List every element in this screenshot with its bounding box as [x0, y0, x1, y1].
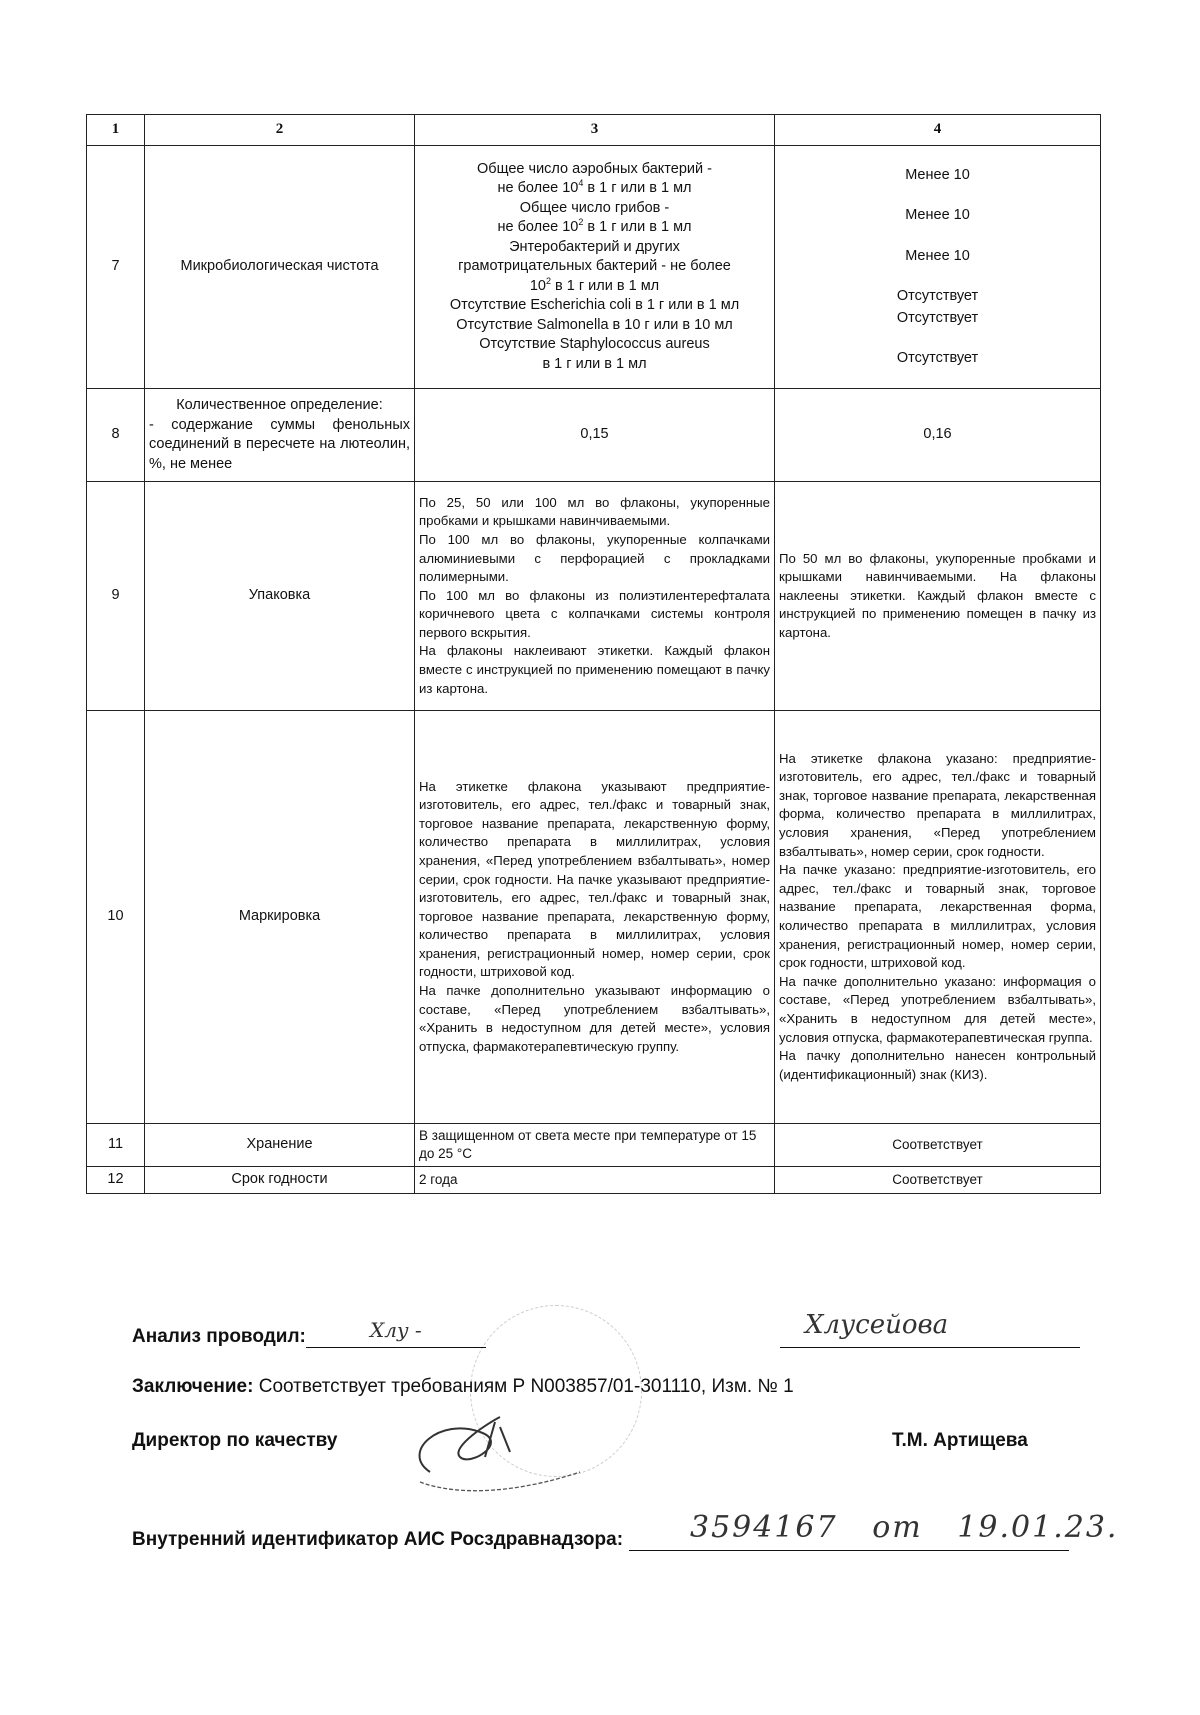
- result-line: Менее 10: [779, 247, 1096, 267]
- table-header-row: 1 2 3 4: [87, 115, 1101, 146]
- table-row: 11 Хранение В защищенном от света месте …: [87, 1124, 1101, 1167]
- req-paragraph: По 100 мл во флаконы из полиэтилентерефт…: [419, 587, 770, 643]
- req-paragraph: На пачке дополнительно указывают информа…: [419, 982, 770, 1056]
- header-col-1: 1: [87, 115, 145, 146]
- requirements-cell: По 25, 50 или 100 мл во флаконы, укупоре…: [415, 482, 775, 711]
- result-line: Менее 10: [779, 166, 1096, 186]
- req-line: Отсутствие Salmonella в 10 г или в 10 мл: [419, 316, 770, 336]
- table-row: 12 Срок годности 2 года Соответствует: [87, 1167, 1101, 1194]
- result-line: Менее 10: [779, 206, 1096, 226]
- indicator-line: Количественное определение:: [149, 396, 410, 416]
- results-cell: На этикетке флакона указано: предприятие…: [775, 711, 1101, 1124]
- req-line: Энтеробактерий и других: [419, 238, 770, 258]
- director-name: Т.М. Артищева: [892, 1430, 1028, 1451]
- row-number: 7: [87, 146, 145, 389]
- results-cell: По 50 мл во флаконы, укупоренные пробкам…: [775, 482, 1101, 711]
- table-row: 10 Маркировка На этикетке флакона указыв…: [87, 711, 1101, 1124]
- req-paragraph: По 25, 50 или 100 мл во флаконы, укупоре…: [419, 494, 770, 531]
- req-line: грамотрицательных бактерий - не более: [419, 257, 770, 277]
- results-cell: 0,16: [775, 389, 1101, 482]
- ais-value: 3594167 от 19.01.23.: [690, 1510, 1118, 1545]
- row-number: 11: [87, 1124, 145, 1167]
- req-line: не более 104 в 1 г или в 1 мл: [419, 179, 770, 199]
- row-number: 10: [87, 711, 145, 1124]
- director-line: Директор по качеству: [132, 1430, 337, 1452]
- requirements-cell: Общее число аэробных бактерий - не более…: [415, 146, 775, 389]
- header-col-2: 2: [145, 115, 415, 146]
- results-cell: Менее 10 Менее 10 Менее 10 Отсутствует О…: [775, 146, 1101, 389]
- indicator-line: - содержание суммы фенольных соединений …: [149, 416, 410, 475]
- req-line: Общее число грибов -: [419, 199, 770, 219]
- result-paragraph: На этикетке флакона указано: предприятие…: [779, 750, 1096, 862]
- row-number: 8: [87, 389, 145, 482]
- result-paragraph: На пачке указано: предприятие-изготовите…: [779, 861, 1096, 973]
- conclusion-text: Соответствует требованиям Р N003857/01-3…: [259, 1376, 794, 1397]
- indicator-cell: Количественное определение: - содержание…: [145, 389, 415, 482]
- req-line: 102 в 1 г или в 1 мл: [419, 277, 770, 297]
- header-col-4: 4: [775, 115, 1101, 146]
- indicator-cell: Хранение: [145, 1124, 415, 1167]
- indicator-cell: Микробиологическая чистота: [145, 146, 415, 389]
- req-line: Отсутствие Escherichia coli в 1 г или в …: [419, 296, 770, 316]
- director-label: Директор по качеству: [132, 1430, 337, 1451]
- director-signature-icon: [400, 1412, 600, 1502]
- requirements-cell: 2 года: [415, 1167, 775, 1194]
- result-paragraph: На пачке дополнительно указано: информац…: [779, 973, 1096, 1047]
- req-paragraph: По 100 мл во флаконы, укупоренные колпач…: [419, 531, 770, 587]
- director-name-line: Т.М. Артищева: [892, 1430, 1028, 1452]
- req-paragraph: На флаконы наклеивают этикетки. Каждый ф…: [419, 642, 770, 698]
- conclusion-label: Заключение:: [132, 1376, 253, 1397]
- table-row: 8 Количественное определение: - содержан…: [87, 389, 1101, 482]
- result-line: Отсутствует: [779, 287, 1096, 307]
- row-number: 9: [87, 482, 145, 711]
- results-cell: Соответствует: [775, 1124, 1101, 1167]
- analyst-name-signature: Хлусейова: [805, 1310, 948, 1340]
- requirements-cell: На этикетке флакона указывают предприяти…: [415, 711, 775, 1124]
- analysis-line: Анализ проводил:: [132, 1325, 486, 1348]
- ais-label: Внутренний идентификатор АИС Росздравнад…: [132, 1529, 623, 1550]
- requirements-cell: 0,15: [415, 389, 775, 482]
- result-line: Отсутствует: [779, 309, 1096, 329]
- result-line: Отсутствует: [779, 349, 1096, 369]
- req-line: не более 102 в 1 г или в 1 мл: [419, 218, 770, 238]
- header-col-3: 3: [415, 115, 775, 146]
- conclusion-line: Заключение: Соответствует требованиям Р …: [132, 1376, 794, 1398]
- table-row: 7 Микробиологическая чистота Общее число…: [87, 146, 1101, 389]
- analysis-signature: Хлу -: [370, 1318, 422, 1342]
- req-line: Отсутствие Staphylococcus aureus: [419, 335, 770, 355]
- req-line: Общее число аэробных бактерий -: [419, 160, 770, 180]
- results-cell: Соответствует: [775, 1167, 1101, 1194]
- result-paragraph: На пачку дополнительно нанесен контрольн…: [779, 1047, 1096, 1084]
- row-number: 12: [87, 1167, 145, 1194]
- requirements-cell: В защищенном от света месте при температ…: [415, 1124, 775, 1167]
- document-page: 1 2 3 4 7 Микробиологическая чистота Общ…: [0, 0, 1200, 1715]
- analysis-label: Анализ проводил:: [132, 1326, 306, 1347]
- req-line: в 1 г или в 1 мл: [419, 355, 770, 375]
- req-paragraph: На этикетке флакона указывают предприяти…: [419, 778, 770, 983]
- indicator-cell: Упаковка: [145, 482, 415, 711]
- indicator-cell: Маркировка: [145, 711, 415, 1124]
- quality-spec-table: 1 2 3 4 7 Микробиологическая чистота Общ…: [86, 114, 1101, 1194]
- table-row: 9 Упаковка По 25, 50 или 100 мл во флако…: [87, 482, 1101, 711]
- indicator-cell: Срок годности: [145, 1167, 415, 1194]
